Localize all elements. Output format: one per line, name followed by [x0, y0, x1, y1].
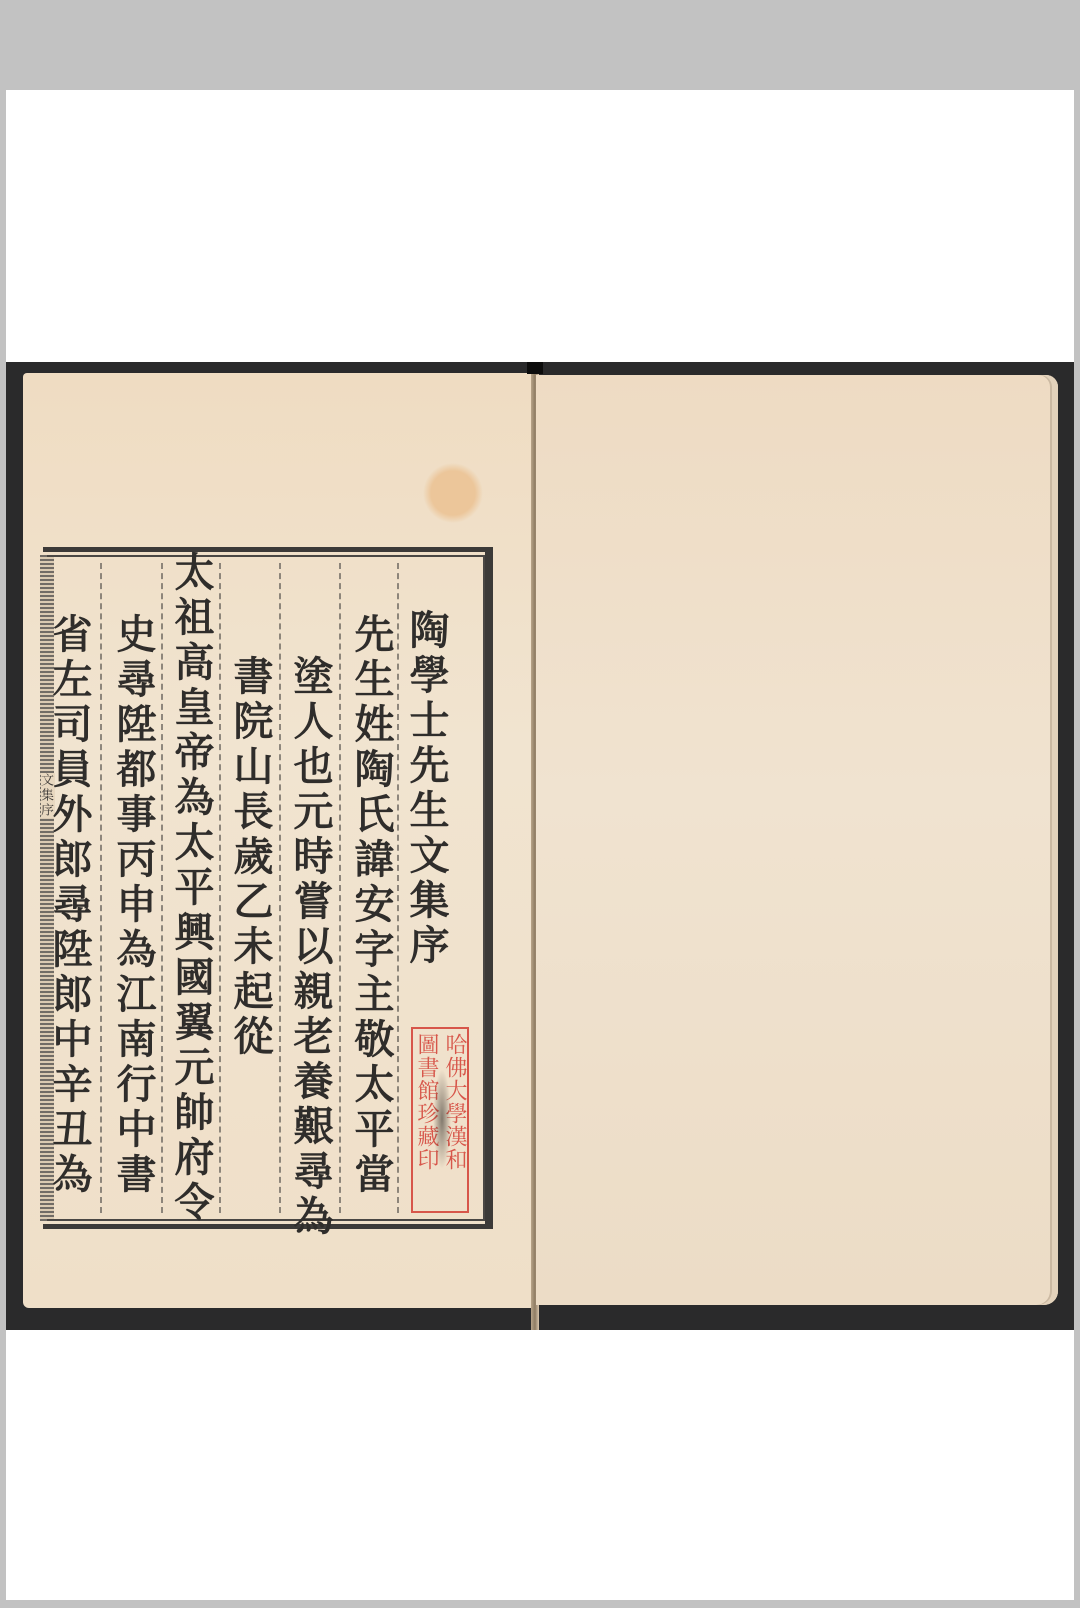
- left-page: 文集序 陶學士先生文集序 先生姓陶氏諱安字主敬太平當 塗人也元時嘗以親老養艱尋為…: [23, 373, 533, 1308]
- text-column-title: 陶學士先生文集序: [400, 609, 452, 969]
- column-rule: [100, 563, 102, 1213]
- text-column-2: 先生姓陶氏諱安字主敬太平當: [345, 613, 397, 1198]
- text-column-4: 書院山長歲乙未起從: [224, 655, 276, 1060]
- column-rule: [161, 563, 163, 1213]
- column-rule: [397, 563, 399, 1213]
- text-column-7: 省左司員外郎尋陞郎中辛丑為: [43, 613, 95, 1198]
- text-column-6: 史尋陞都事丙申為江南行中書: [107, 613, 159, 1198]
- viewer-top-bar: [0, 0, 1080, 90]
- text-column-3: 塗人也元時嘗以親老養艱尋為: [284, 655, 336, 1240]
- ink-smudge: [433, 1069, 451, 1169]
- right-page-blank: [536, 375, 1058, 1305]
- library-seal-stamp: 哈佛大學漢和 圖書館珍藏印: [411, 1027, 469, 1213]
- column-rule: [339, 563, 341, 1213]
- gutter-clip: [527, 362, 543, 374]
- column-rule: [219, 563, 221, 1213]
- book-scan: 文集序 陶學士先生文集序 先生姓陶氏諱安字主敬太平當 塗人也元時嘗以親老養艱尋為…: [6, 362, 1074, 1330]
- column-rule: [279, 563, 281, 1213]
- text-column-5: 太祖高皇帝為太平興國翼元帥府令: [165, 551, 217, 1226]
